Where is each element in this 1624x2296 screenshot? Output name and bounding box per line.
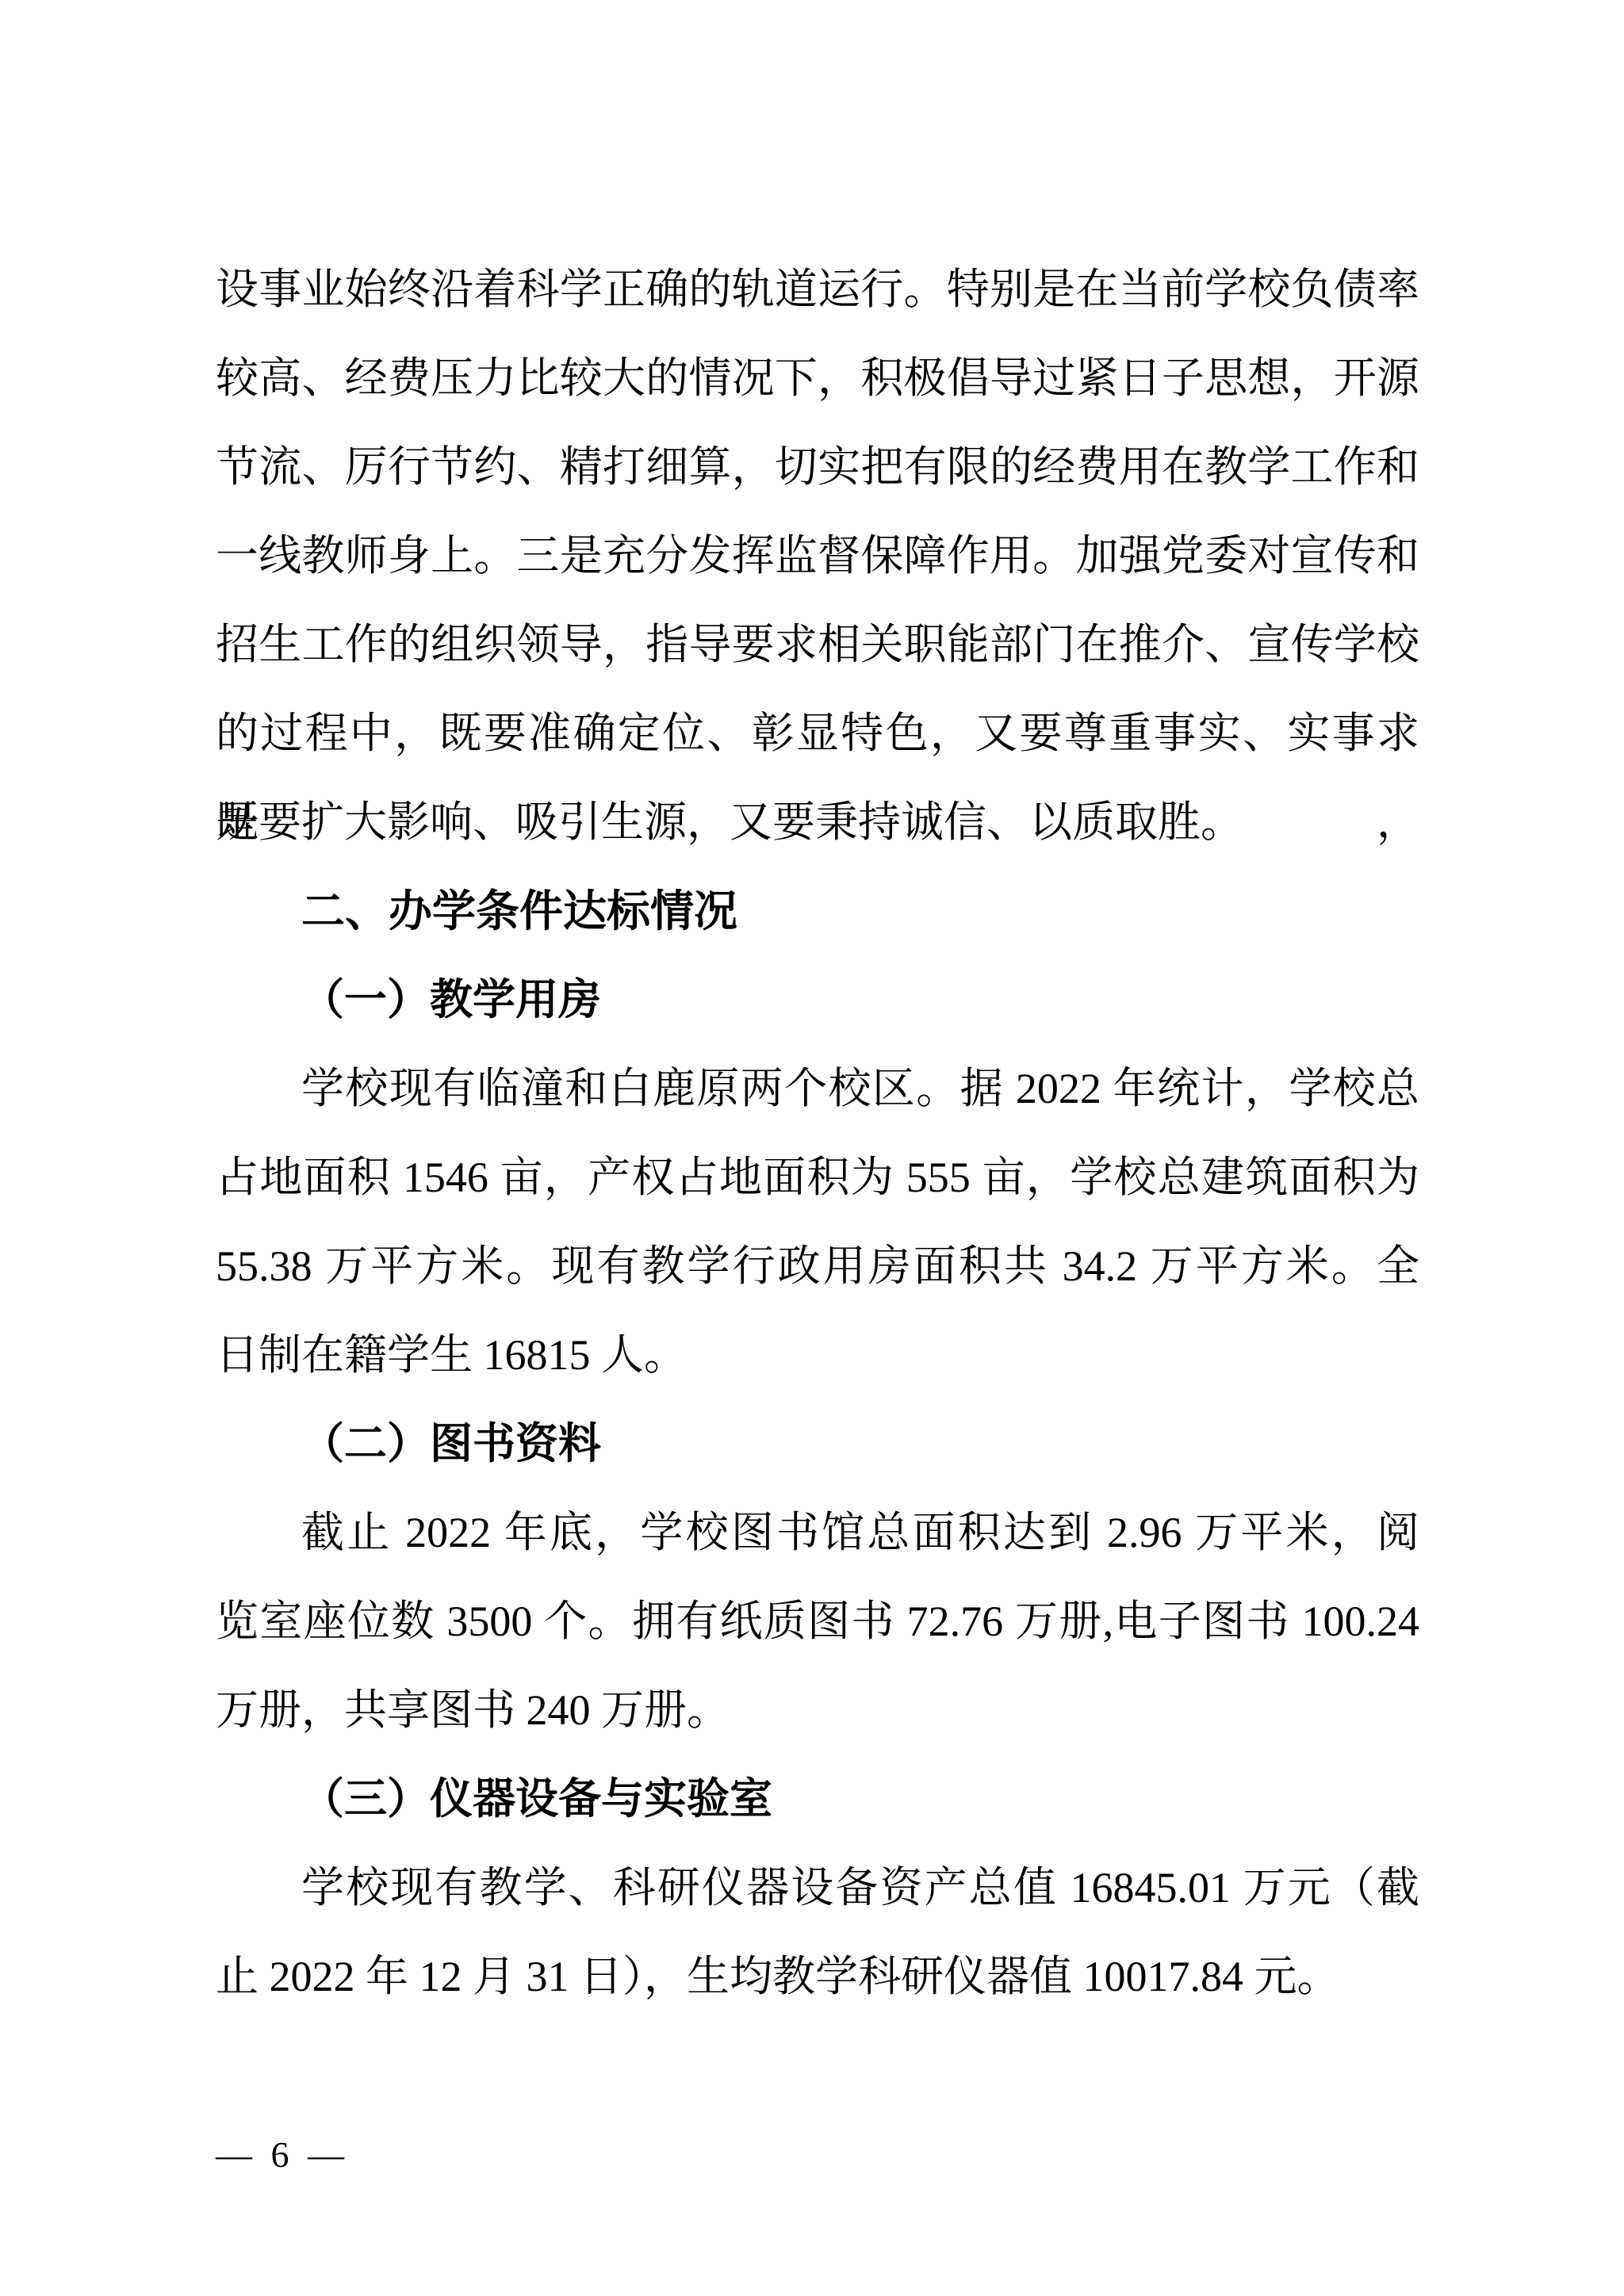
page-footer: — 6 — bbox=[216, 2131, 349, 2179]
text-line: 万册，共享图书 240 万册。 bbox=[216, 1666, 1419, 1755]
text-line: 览室座位数 3500 个。拥有纸质图书 72.76 万册,电子图书 100.24 bbox=[216, 1577, 1419, 1666]
document-body: 设事业始终沿着科学正确的轨道运行。特别是在当前学校负债率 较高、经费压力比较大的… bbox=[216, 245, 1419, 2021]
text-line: 的过程中，既要准确定位、彰显特色，又要尊重事实、实事求是， bbox=[216, 689, 1419, 778]
text-line: 学校现有临潼和白鹿原两个校区。据 2022 年统计，学校总 bbox=[216, 1044, 1419, 1133]
text-line: 止 2022 年 12 月 31 日），生均教学科研仪器值 10017.84 元… bbox=[216, 1932, 1419, 2021]
text-line: 设事业始终沿着科学正确的轨道运行。特别是在当前学校负债率 bbox=[216, 245, 1419, 334]
text-line: 较高、经费压力比较大的情况下，积极倡导过紧日子思想，开源 bbox=[216, 334, 1419, 423]
text-line: 55.38 万平方米。现有教学行政用房面积共 34.2 万平方米。全 bbox=[216, 1222, 1419, 1311]
page-number: — 6 — bbox=[216, 2134, 349, 2175]
subsection-heading-equipment-labs: （三）仪器设备与实验室 bbox=[216, 1755, 1419, 1843]
text-line: 招生工作的组织领导，指导要求相关职能部门在推介、宣传学校 bbox=[216, 600, 1419, 689]
document-page: 设事业始终沿着科学正确的轨道运行。特别是在当前学校负债率 较高、经费压力比较大的… bbox=[0, 0, 1624, 2296]
subsection-heading-teaching-rooms: （一）教学用房 bbox=[216, 955, 1419, 1044]
text-line: 学校现有教学、科研仪器设备资产总值 16845.01 万元（截 bbox=[216, 1843, 1419, 1932]
text-line: 截止 2022 年底，学校图书馆总面积达到 2.96 万平米，阅 bbox=[216, 1488, 1419, 1577]
text-line: 节流、厉行节约、精打细算，切实把有限的经费用在教学工作和 bbox=[216, 423, 1419, 511]
text-line: 占地面积 1546 亩，产权占地面积为 555 亩，学校总建筑面积为 bbox=[216, 1133, 1419, 1222]
section-heading: 二、办学条件达标情况 bbox=[216, 867, 1419, 955]
subsection-heading-library-materials: （二）图书资料 bbox=[216, 1399, 1419, 1488]
text-line: 日制在籍学生 16815 人。 bbox=[216, 1311, 1419, 1399]
text-line: 一线教师身上。三是充分发挥监督保障作用。加强党委对宣传和 bbox=[216, 511, 1419, 600]
text-line: 既要扩大影响、吸引生源，又要秉持诚信、以质取胜。 bbox=[216, 778, 1419, 867]
